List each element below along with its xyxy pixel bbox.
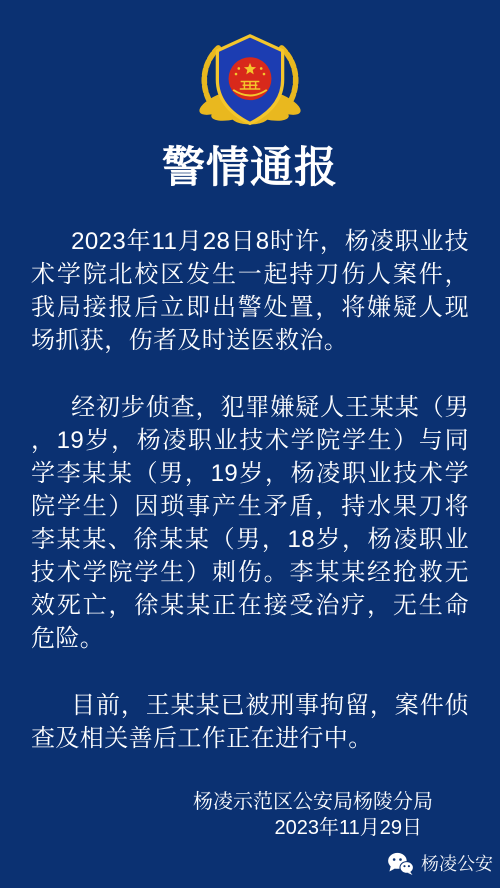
notice-body: 2023年11月28日8时许，杨凌职业技术学院北校区发生一起持刀伤人案件，我局接…	[31, 225, 469, 755]
notice-date: 2023年11月29日	[275, 815, 434, 841]
wechat-account-label: 杨凌公安	[421, 850, 493, 876]
china-police-badge-icon	[194, 33, 306, 130]
page-title: 警情通报	[0, 143, 500, 194]
police-notice-page: { "header": { "emblem": "china-police-ba…	[0, 0, 500, 888]
wechat-watermark: 杨凌公安	[387, 850, 493, 876]
police-badge	[0, 33, 500, 130]
signature-block: 杨凌示范区公安局杨陵分局 2023年11月29日	[0, 789, 433, 841]
issuing-authority: 杨凌示范区公安局杨陵分局	[0, 789, 433, 815]
notice-paragraph-3: 目前，王某某已被刑事拘留，案件侦查及相关善后工作正在进行中。	[31, 689, 469, 755]
notice-paragraph-2: 经初步侦查，犯罪嫌疑人王某某（男，19岁，杨凌职业技术学院学生）与同学李某某（男…	[31, 391, 469, 655]
wechat-icon	[387, 852, 414, 875]
notice-paragraph-1: 2023年11月28日8时许，杨凌职业技术学院北校区发生一起持刀伤人案件，我局接…	[31, 225, 469, 357]
